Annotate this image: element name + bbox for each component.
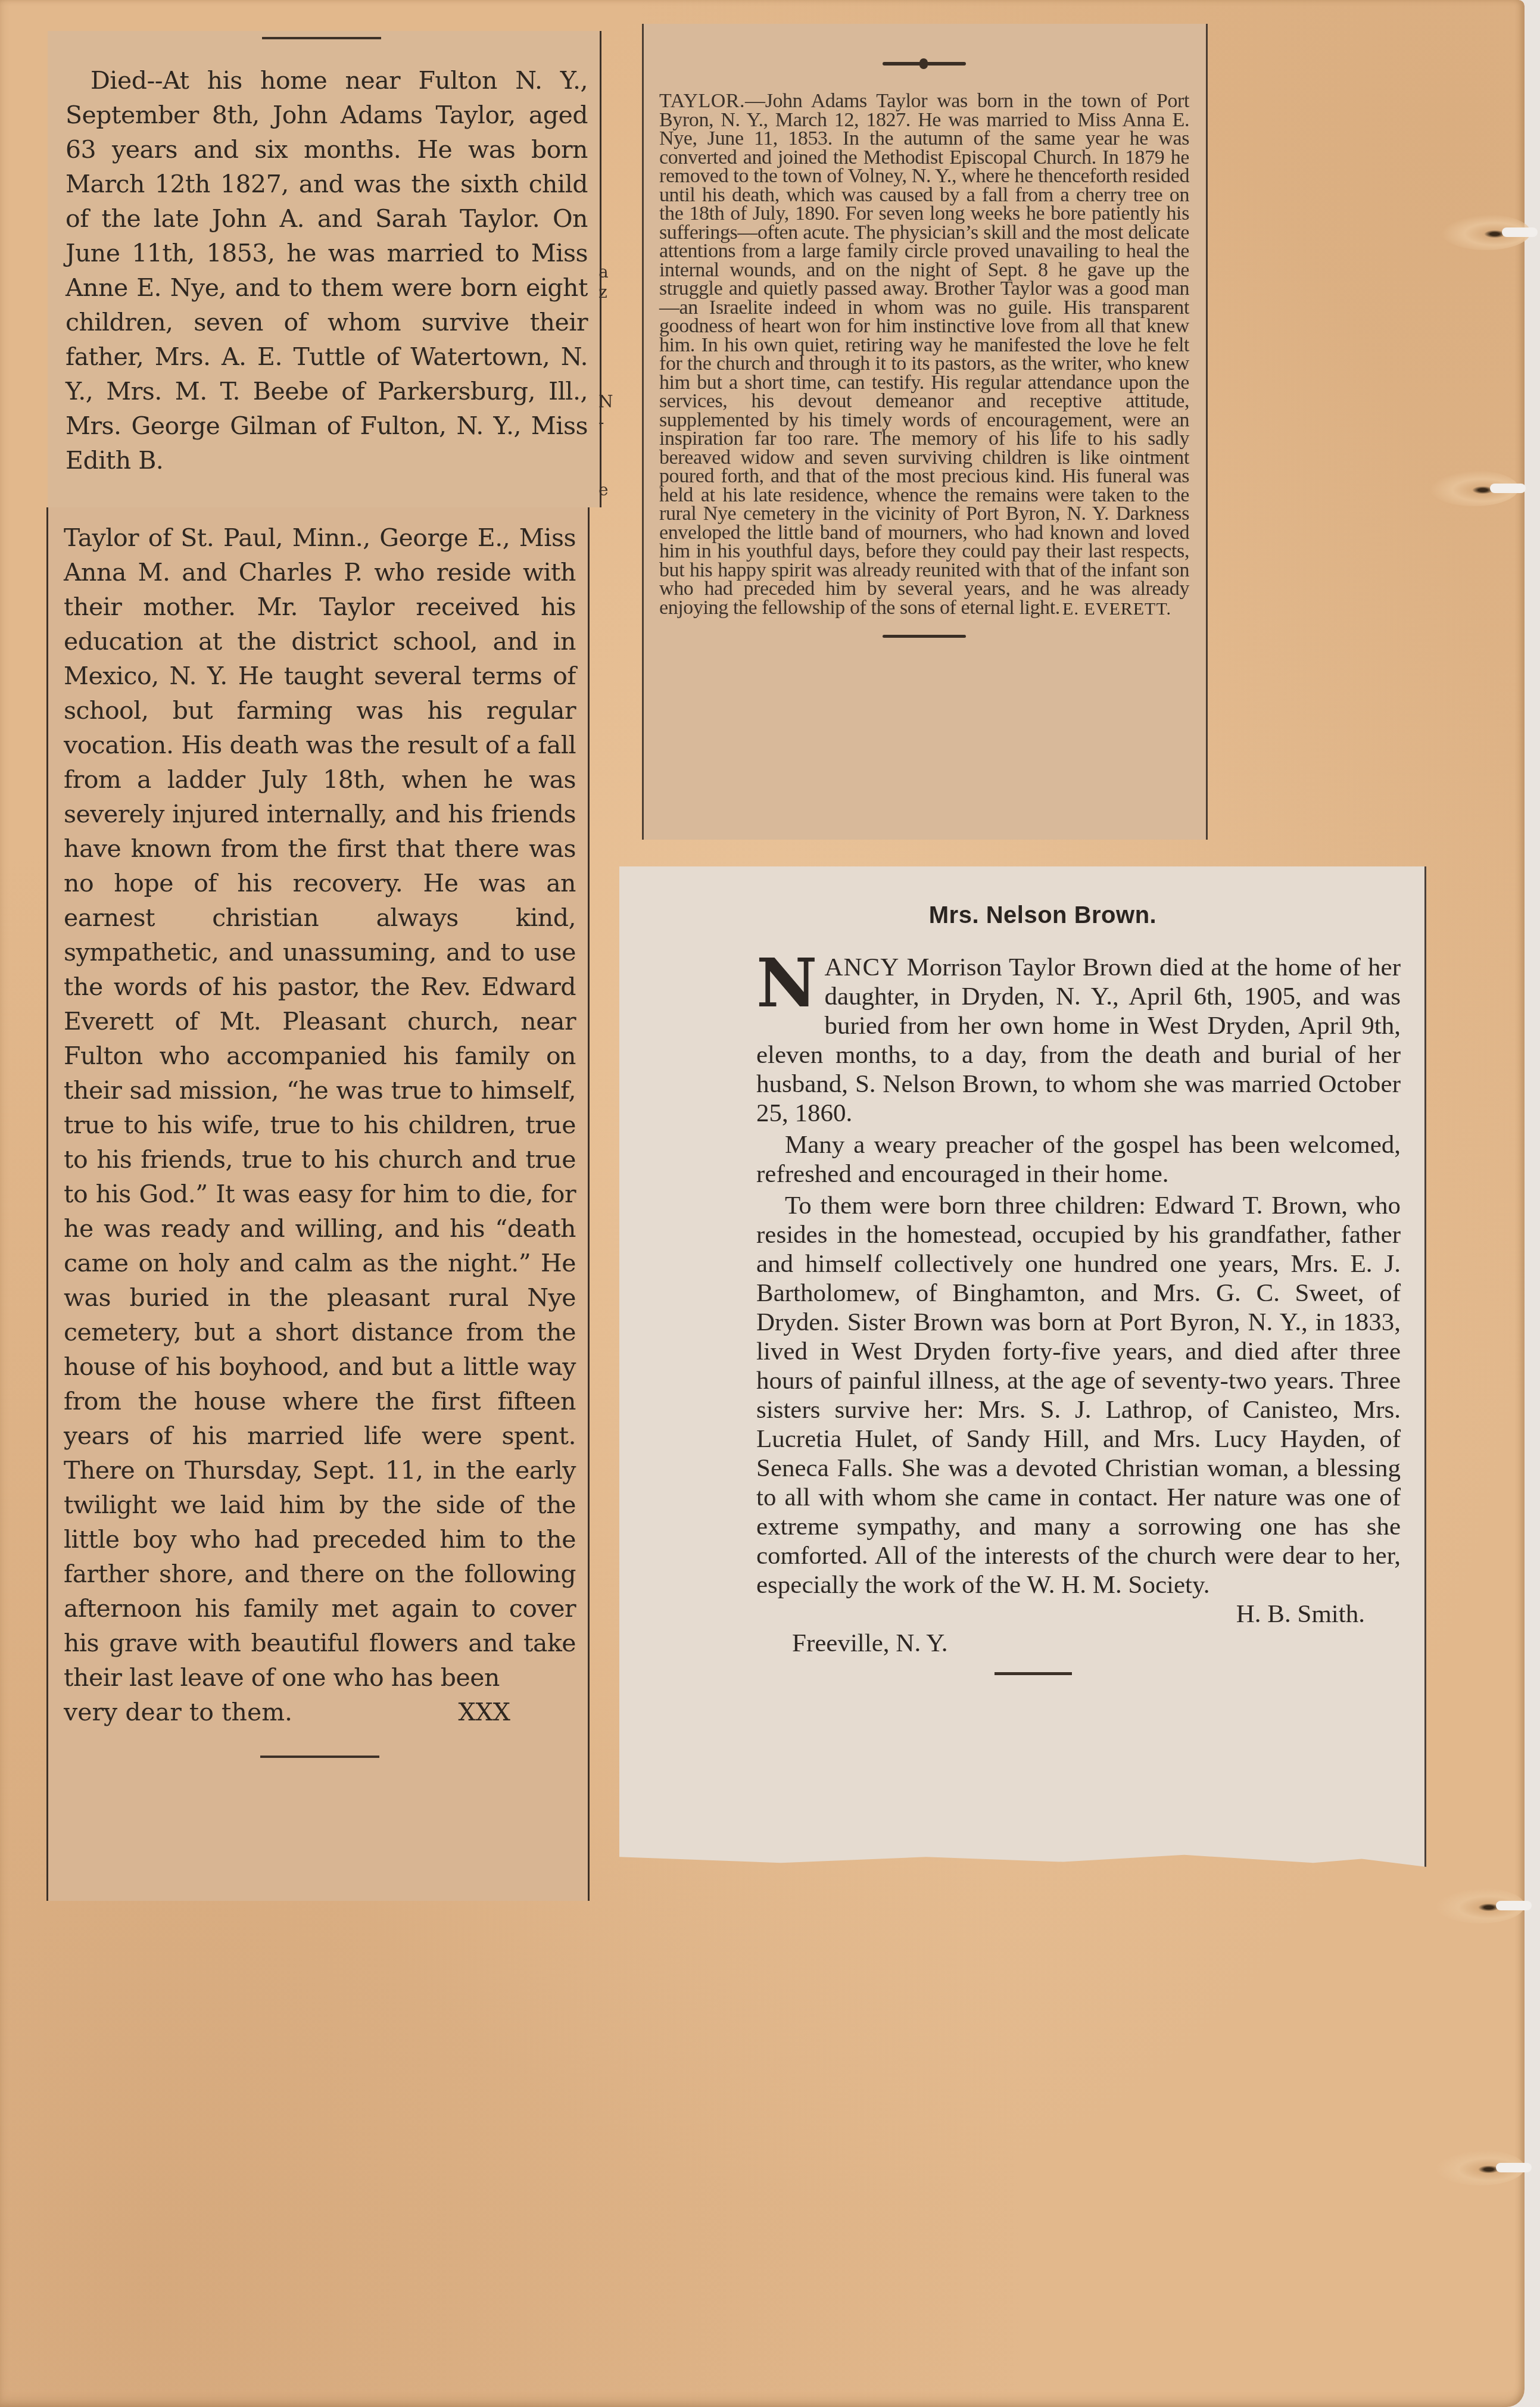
margin-mark: a [598, 262, 616, 282]
divider-rule [262, 37, 381, 39]
margin-mark: N [598, 392, 616, 412]
paragraph: To them were born three children: Edward… [756, 1191, 1401, 1600]
binding-hole [1435, 2150, 1525, 2185]
obituary-text: Died--At his home near Fulton N. Y., Sep… [66, 63, 588, 478]
paragraph: NANCY Morrison Taylor Brown died at the … [756, 953, 1401, 1128]
obituary-text: TAYLOR.—John Adams Taylor was born in th… [659, 92, 1189, 617]
margin-mark: e [598, 480, 616, 500]
closing-text: very dear to them. [64, 1695, 292, 1729]
lead-caps: ANCY [824, 953, 899, 981]
binding-hole [1429, 470, 1519, 506]
ornament-rule [883, 62, 966, 66]
signature: XXX [458, 1695, 510, 1729]
margin-mark: - [598, 412, 616, 432]
scrapbook-page: Died--At his home near Fulton N. Y., Sep… [0, 0, 1525, 2407]
signature: H. B. Smith. [756, 1600, 1365, 1629]
binding-hole [1441, 214, 1530, 250]
drop-cap: N [756, 955, 817, 1012]
obituary-text: Taylor of St. Paul, Minn., George E., Mi… [64, 520, 576, 1695]
binding-hole [1435, 1888, 1525, 1923]
clipping-nelson-brown: Mrs. Nelson Brown. NANCY Morrison Taylor… [619, 866, 1426, 1867]
clipping-title: Mrs. Nelson Brown. [685, 902, 1401, 929]
divider-rule [260, 1756, 379, 1758]
clipping-taylor-obituary-part1: Died--At his home near Fulton N. Y., Sep… [48, 31, 601, 507]
clipping-taylor-obituary-part2: Taylor of St. Paul, Minn., George E., Mi… [46, 507, 590, 1901]
divider-rule [995, 1672, 1072, 1675]
obituary-text: NANCY Morrison Taylor Brown died at the … [756, 953, 1401, 1675]
margin-marks: a z N - e [598, 262, 616, 500]
clipping-taylor-everett: TAYLOR.—John Adams Taylor was born in th… [642, 24, 1208, 840]
ornament-rule [883, 635, 966, 638]
dateline-place: Freeville, N. Y. [792, 1629, 1401, 1658]
obituary-body: —John Adams Taylor was born in the town … [659, 90, 1189, 619]
margin-mark: z [598, 282, 616, 303]
paragraph: Many a weary preacher of the gospel has … [756, 1130, 1401, 1189]
closing-line: very dear to them. XXX [64, 1695, 576, 1729]
